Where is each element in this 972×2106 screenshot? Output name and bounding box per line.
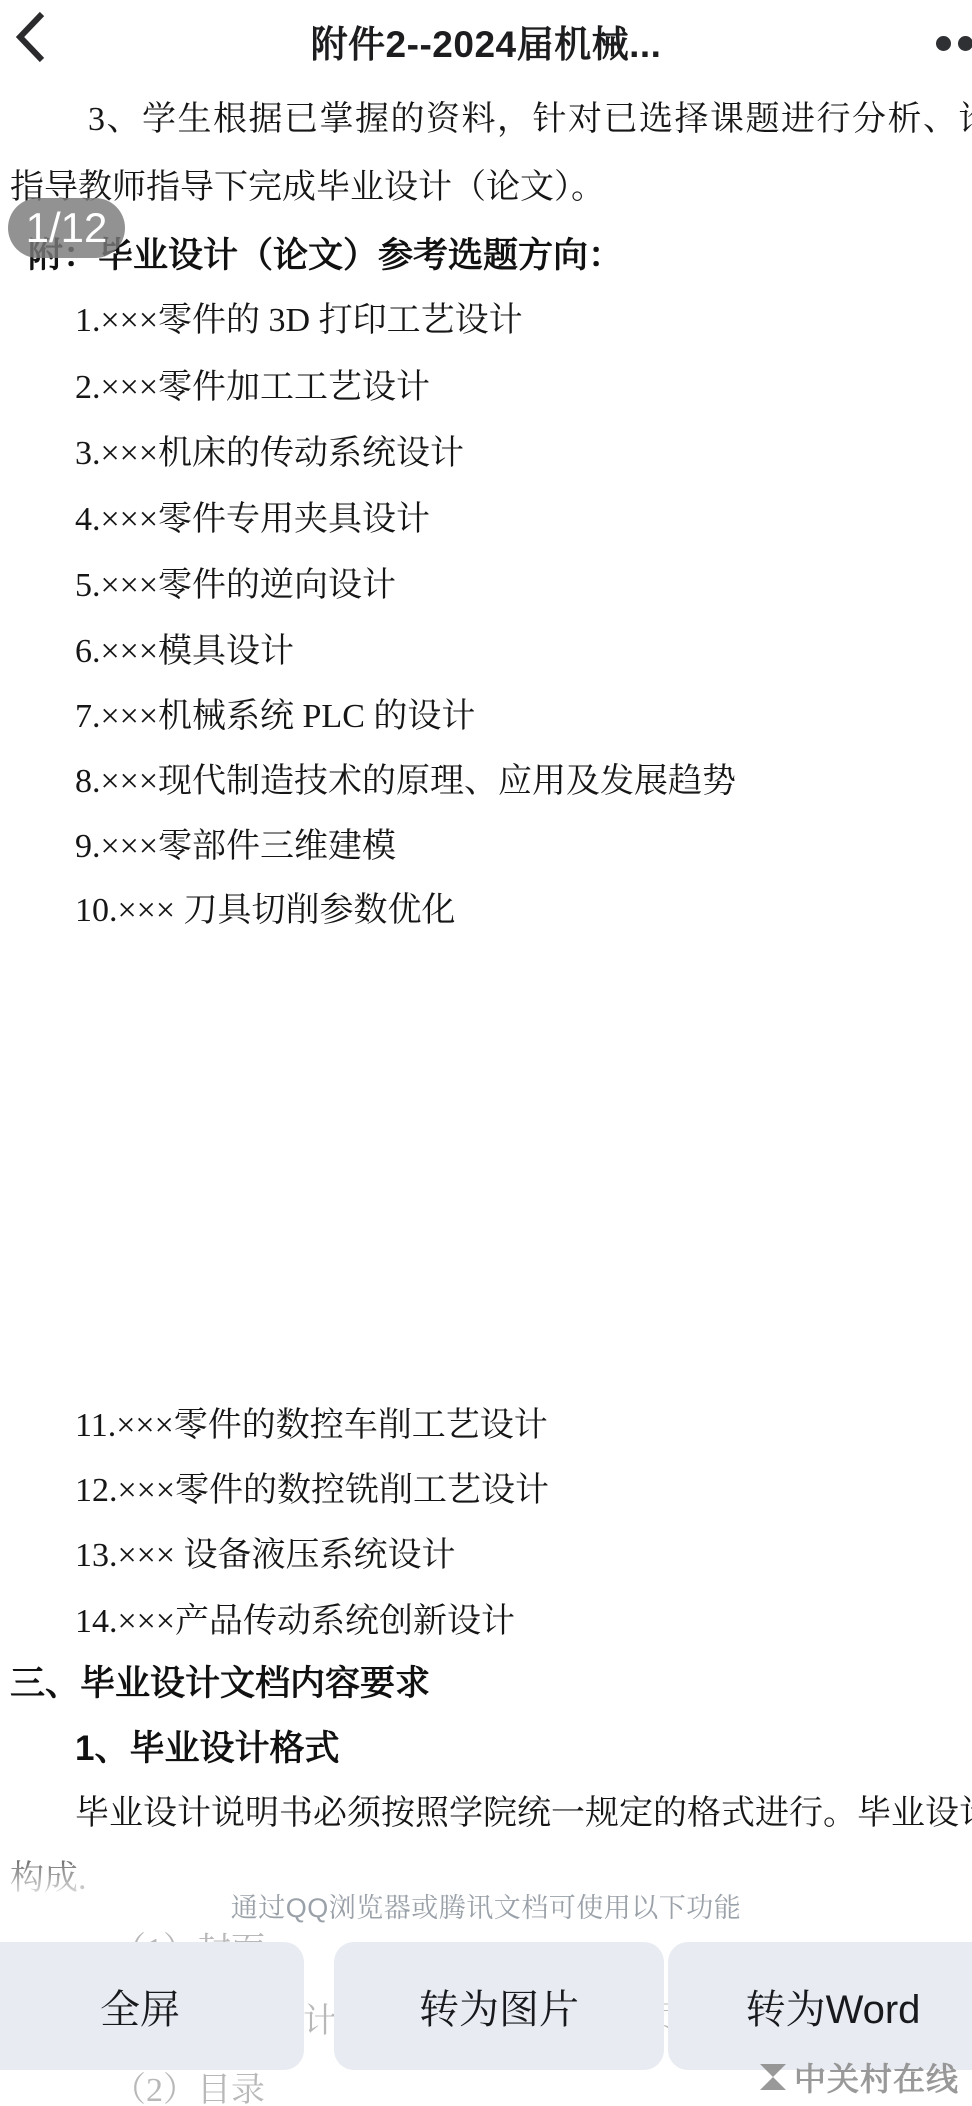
topic-item: 14.×××产品传动系统创新设计 bbox=[75, 1602, 515, 1641]
doc-paragraph-line: 毕业设计说明书必须按照学院统一规定的格式进行。毕业设计 bbox=[75, 1794, 972, 1833]
topic-item: 13.××× 设备液压系统设计 bbox=[75, 1536, 456, 1575]
topic-item: 5.×××零件的逆向设计 bbox=[75, 566, 396, 605]
more-dots-icon bbox=[936, 36, 951, 51]
more-menu-button[interactable] bbox=[936, 36, 972, 54]
promo-hint-text: 通过QQ浏览器或腾讯文档可使用以下功能 bbox=[0, 1886, 972, 1925]
fullscreen-button[interactable]: 全屏 bbox=[0, 1942, 304, 2070]
topic-item: 11.×××零件的数控车削工艺设计 bbox=[75, 1406, 548, 1445]
topic-item: 7.×××机械系统 PLC 的设计 bbox=[75, 697, 475, 736]
topic-item: 4.×××零件专用夹具设计 bbox=[75, 500, 430, 539]
to-image-button[interactable]: 转为图片 bbox=[334, 1942, 664, 2070]
zol-logo-icon bbox=[756, 2060, 790, 2094]
topic-item: 1.×××零件的 3D 打印工艺设计 bbox=[75, 301, 523, 340]
watermark-text: 中关村在线 bbox=[794, 2054, 959, 2100]
to-word-button[interactable]: 转为Word bbox=[668, 1942, 972, 2070]
watermark: 中关村在线 bbox=[756, 2054, 959, 2100]
doc-paragraph-line: 3、学生根据已掌握的资料，针对已选择课题进行分析、论证 bbox=[88, 100, 972, 139]
top-bar: 附件2--2024届机械... bbox=[0, 0, 972, 78]
topic-item: 3.×××机床的传动系统设计 bbox=[75, 434, 464, 473]
topic-item: 6.×××模具设计 bbox=[75, 632, 294, 671]
doc-title: 附件2--2024届机械... bbox=[0, 14, 972, 68]
page-indicator-badge: 1/12 bbox=[8, 198, 125, 258]
subsection-heading: 1、毕业设计格式 bbox=[75, 1729, 339, 1769]
section-heading: 三、毕业设计文档内容要求 bbox=[10, 1664, 430, 1704]
topic-item: 8.×××现代制造技术的原理、应用及发展趋势 bbox=[75, 762, 736, 801]
more-dots-icon bbox=[958, 36, 972, 51]
topic-item: 9.×××零部件三维建模 bbox=[75, 827, 396, 866]
faded-doc-fragment: 计 bbox=[303, 1993, 337, 2042]
topic-item: 2.×××零件加工工艺设计 bbox=[75, 368, 430, 407]
topic-item: 10.××× 刀具切削参数优化 bbox=[75, 891, 456, 930]
topic-item: 12.×××零件的数控铣削工艺设计 bbox=[75, 1471, 549, 1510]
